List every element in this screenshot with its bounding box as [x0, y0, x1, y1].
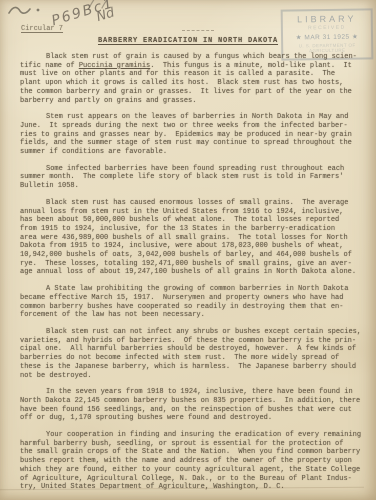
- scanned-circular-page: P69Bc1 Nd LIBRARY RECEIVED ★ MAR 31 1925…: [0, 0, 376, 500]
- paragraph-8: Your cooperation in finding and insuring…: [20, 431, 370, 492]
- paragraph-7: In the seven years from 1918 to 1924, in…: [20, 388, 370, 423]
- paragraph-1: Black stem rust of grain is caused by a …: [20, 53, 370, 105]
- title-ornament-dashes: [182, 30, 214, 31]
- document-body: Black stem rust of grain is caused by a …: [20, 53, 370, 500]
- paragraph-4: Black stem rust has caused enormous loss…: [20, 199, 370, 277]
- latin-species-name: Puccinia graminis: [79, 62, 150, 70]
- paragraph-2: Stem rust appears on the leaves of barbe…: [20, 113, 370, 157]
- paragraph-6: Black stem rust can not infect any shrub…: [20, 328, 370, 380]
- stamp-received-line: RECEIVED: [283, 24, 371, 31]
- paragraph-5: A State law prohibiting the growing of c…: [20, 285, 370, 320]
- paragraph-3: Some infected barberries have been found…: [20, 165, 370, 191]
- handwriting-stroke-fragment: [86, 0, 116, 10]
- document-title: BARBERRY ERADICATION IN NORTH DAKOTA: [0, 37, 376, 45]
- circular-number-label: Circular 7: [21, 25, 63, 33]
- pencil-scribble-mark: [8, 3, 42, 17]
- stamp-library-line: LIBRARY: [283, 13, 371, 24]
